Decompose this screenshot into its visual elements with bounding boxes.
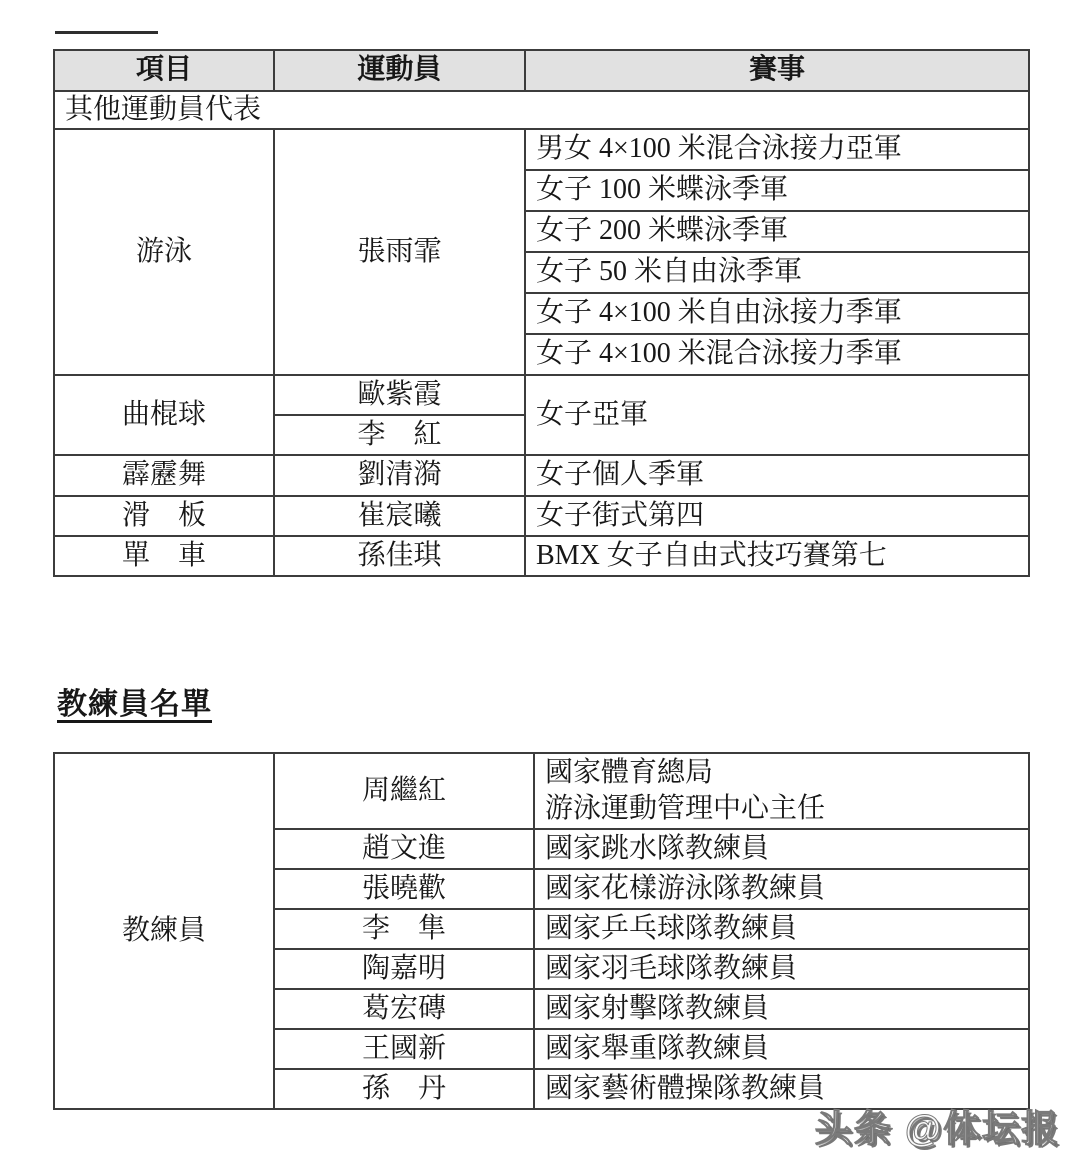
table-row: 霹靂舞 劉清漪 女子個人季軍 (54, 455, 1029, 496)
athletes-results-table: 項目 運動員 賽事 其他運動員代表 游泳 張雨霏 男女 4×100 米混合泳接力… (53, 49, 1030, 577)
sport-cell-cycling: 單 車 (54, 536, 274, 576)
document-page: 項目 運動員 賽事 其他運動員代表 游泳 張雨霏 男女 4×100 米混合泳接力… (0, 0, 1074, 1162)
coach-org-line-1: 國家體育總局 (545, 755, 1024, 791)
athlete-cell-cycling: 孫佳琪 (274, 536, 525, 576)
table-row: 滑 板 崔宸曦 女子街式第四 (54, 496, 1029, 536)
section-row: 其他運動員代表 (54, 91, 1029, 129)
table-header-row: 項目 運動員 賽事 (54, 50, 1029, 91)
table-row: 單 車 孫佳琪 BMX 女子自由式技巧賽第七 (54, 536, 1029, 576)
table-row: 游泳 張雨霏 男女 4×100 米混合泳接力亞軍 (54, 129, 1029, 170)
sport-cell-skateboard: 滑 板 (54, 496, 274, 536)
sport-cell-hockey: 曲棍球 (54, 375, 274, 455)
coach-name-cell: 周繼紅 (274, 753, 534, 829)
table-row: 教練員 周繼紅 國家體育總局 游泳運動管理中心主任 (54, 753, 1029, 829)
event-cell: 女子 4×100 米自由泳接力季軍 (525, 293, 1029, 334)
event-cell: 女子 100 米蝶泳季軍 (525, 170, 1029, 211)
coach-name-cell: 張曉歡 (274, 869, 534, 909)
role-cell-coaches: 教練員 (54, 753, 274, 1109)
table-row: 曲棍球 歐紫霞 女子亞軍 (54, 375, 1029, 415)
event-cell: BMX 女子自由式技巧賽第七 (525, 536, 1029, 576)
coach-org-cell: 國家乒乓球隊教練員 (534, 909, 1029, 949)
coach-name-cell: 葛宏磚 (274, 989, 534, 1029)
coach-name-cell: 陶嘉明 (274, 949, 534, 989)
coach-name-cell: 王國新 (274, 1029, 534, 1069)
athlete-cell-skateboard: 崔宸曦 (274, 496, 525, 536)
athlete-cell-hockey-1: 歐紫霞 (274, 375, 525, 415)
event-cell: 女子個人季軍 (525, 455, 1029, 496)
coach-org-line-2: 游泳運動管理中心主任 (545, 791, 1024, 827)
col-header-competition: 賽事 (525, 50, 1029, 91)
coach-org-cell: 國家體育總局 游泳運動管理中心主任 (534, 753, 1029, 829)
event-cell-hockey: 女子亞軍 (525, 375, 1029, 455)
col-header-sport: 項目 (54, 50, 274, 91)
coach-name-cell: 李 隼 (274, 909, 534, 949)
athlete-cell-breaking: 劉清漪 (274, 455, 525, 496)
coach-org-cell: 國家射擊隊教練員 (534, 989, 1029, 1029)
sport-cell-swimming: 游泳 (54, 129, 274, 375)
coach-org-cell: 國家跳水隊教練員 (534, 829, 1029, 869)
event-cell: 女子街式第四 (525, 496, 1029, 536)
event-cell: 女子 50 米自由泳季軍 (525, 252, 1029, 293)
athlete-cell-swimming: 張雨霏 (274, 129, 525, 375)
event-cell: 男女 4×100 米混合泳接力亞軍 (525, 129, 1029, 170)
cropped-underline-artifact (55, 31, 158, 34)
coach-name-cell: 趙文進 (274, 829, 534, 869)
coach-org-cell: 國家舉重隊教練員 (534, 1029, 1029, 1069)
section-label-other-athletes: 其他運動員代表 (54, 91, 1029, 129)
event-cell: 女子 200 米蝶泳季軍 (525, 211, 1029, 252)
coaches-table: 教練員 周繼紅 國家體育總局 游泳運動管理中心主任 趙文進 國家跳水隊教練員 張… (53, 752, 1030, 1110)
coach-name-cell: 孫 丹 (274, 1069, 534, 1109)
coach-org-cell: 國家羽毛球隊教練員 (534, 949, 1029, 989)
col-header-athlete: 運動員 (274, 50, 525, 91)
athlete-cell-hockey-2: 李 紅 (274, 415, 525, 455)
toutiao-watermark: 头条 @体坛报 (815, 1098, 1060, 1152)
sport-cell-breaking: 霹靂舞 (54, 455, 274, 496)
event-cell: 女子 4×100 米混合泳接力季軍 (525, 334, 1029, 375)
coach-org-cell: 國家花樣游泳隊教練員 (534, 869, 1029, 909)
coaches-section-title: 教練員名單 (57, 679, 212, 723)
